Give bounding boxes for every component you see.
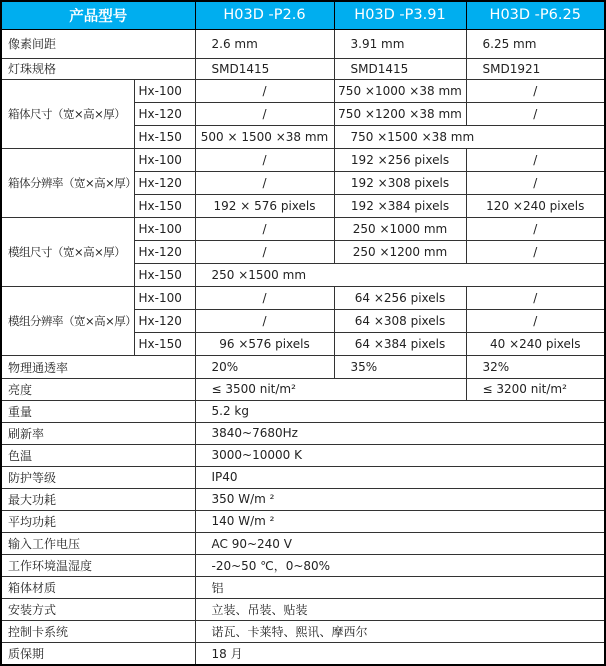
sub-row-label: Hx-120 <box>134 310 195 333</box>
spec-value: 96 ×576 pixels <box>195 333 334 356</box>
row-label-color-temperature: 色温 <box>1 444 195 466</box>
spec-value: / <box>466 102 605 125</box>
table-row: 灯珠规格 SMD1415 SMD1415 SMD1921 <box>1 58 605 79</box>
row-label-brightness: 亮度 <box>1 378 195 400</box>
spec-value: / <box>466 148 605 171</box>
spec-value: 192 × 576 pixels <box>195 195 334 218</box>
table-row: 输入工作电压 AC 90~240 V <box>1 532 605 554</box>
table-row: 箱体材质 铝 <box>1 577 605 599</box>
row-label-transparency: 物理通透率 <box>1 356 195 378</box>
spec-value: / <box>466 218 605 241</box>
spec-value: 750 ×1500 ×38 mm <box>334 125 605 148</box>
spec-value: 35% <box>334 356 466 378</box>
spec-value: 32% <box>466 356 605 378</box>
sub-row-label: Hx-100 <box>134 218 195 241</box>
spec-value: 立装、吊装、贴装 <box>195 599 605 621</box>
sub-row-label: Hx-100 <box>134 148 195 171</box>
row-label-operating-environment: 工作环境温湿度 <box>1 555 195 577</box>
row-label-cabinet-material: 箱体材质 <box>1 577 195 599</box>
sub-row-label: Hx-150 <box>134 125 195 148</box>
spec-value: SMD1415 <box>334 58 466 79</box>
table-row: 模组尺寸（宽×高×厚） Hx-100 / 250 ×1000 mm / <box>1 218 605 241</box>
table-row: 箱体尺寸（宽×高×厚） Hx-100 / 750 ×1000 ×38 mm / <box>1 79 605 102</box>
row-label-cabinet-size: 箱体尺寸（宽×高×厚） <box>1 79 134 148</box>
table-row: 亮度 ≤ 3500 nit/m² ≤ 3200 nit/m² <box>1 378 605 400</box>
spec-value: 3000~10000 K <box>195 444 605 466</box>
table-row: 控制卡系统 诺瓦、卡莱特、熙讯、摩西尔 <box>1 621 605 643</box>
spec-value: / <box>195 218 334 241</box>
row-label-input-voltage: 输入工作电压 <box>1 532 195 554</box>
spec-value: 5.2 kg <box>195 400 605 422</box>
row-label-warranty: 质保期 <box>1 643 195 665</box>
row-label-cabinet-resolution: 箱体分辨率（宽×高×厚） <box>1 148 134 217</box>
spec-value: 750 ×1200 ×38 mm <box>334 102 466 125</box>
spec-value: 6.25 mm <box>466 29 605 58</box>
spec-value: / <box>195 287 334 310</box>
spec-value: AC 90~240 V <box>195 532 605 554</box>
spec-value: / <box>195 310 334 333</box>
row-label-module-size: 模组尺寸（宽×高×厚） <box>1 218 134 287</box>
sub-row-label: Hx-120 <box>134 241 195 264</box>
spec-value: 350 W/m ² <box>195 488 605 510</box>
table-row: 最大功耗 350 W/m ² <box>1 488 605 510</box>
spec-value: 3.91 mm <box>334 29 466 58</box>
spec-value: 250 ×1200 mm <box>334 241 466 264</box>
spec-value: 20% <box>195 356 334 378</box>
sub-row-label: Hx-100 <box>134 287 195 310</box>
spec-value: SMD1415 <box>195 58 334 79</box>
row-label-installation-method: 安装方式 <box>1 599 195 621</box>
spec-value: 3840~7680Hz <box>195 422 605 444</box>
table-row: 模组分辨率（宽×高×厚） Hx-100 / 64 ×256 pixels / <box>1 287 605 310</box>
column-header-model-p3-91: H03D -P3.91 <box>334 1 466 29</box>
table-row: 工作环境温湿度 -20~50 ℃，0~80% <box>1 555 605 577</box>
sub-row-label: Hx-120 <box>134 171 195 194</box>
row-label-pixel-pitch: 像素间距 <box>1 29 195 58</box>
spec-value: 18 月 <box>195 643 605 665</box>
sub-row-label: Hx-150 <box>134 333 195 356</box>
table-row: 安装方式 立装、吊装、贴装 <box>1 599 605 621</box>
spec-value: 诺瓦、卡莱特、熙讯、摩西尔 <box>195 621 605 643</box>
sub-row-label: Hx-120 <box>134 102 195 125</box>
row-label-max-power: 最大功耗 <box>1 488 195 510</box>
spec-value: / <box>195 148 334 171</box>
table-row: 物理通透率 20% 35% 32% <box>1 356 605 378</box>
spec-value: ≤ 3500 nit/m² <box>195 378 466 400</box>
spec-value: / <box>195 102 334 125</box>
column-header-model-p6-25: H03D -P6.25 <box>466 1 605 29</box>
table-row: 重量 5.2 kg <box>1 400 605 422</box>
spec-value: 40 ×240 pixels <box>466 333 605 356</box>
spec-table: 产品型号 H03D -P2.6 H03D -P3.91 H03D -P6.25 … <box>0 0 606 666</box>
spec-value: 192 ×308 pixels <box>334 171 466 194</box>
row-label-refresh-rate: 刷新率 <box>1 422 195 444</box>
spec-value: 250 ×1000 mm <box>334 218 466 241</box>
sub-row-label: Hx-150 <box>134 195 195 218</box>
table-row: 色温 3000~10000 K <box>1 444 605 466</box>
spec-value: SMD1921 <box>466 58 605 79</box>
table-row: 箱体分辨率（宽×高×厚） Hx-100 / 192 ×256 pixels / <box>1 148 605 171</box>
spec-value: 140 W/m ² <box>195 510 605 532</box>
spec-value: / <box>195 241 334 264</box>
spec-value: 192 ×256 pixels <box>334 148 466 171</box>
spec-value: 750 ×1000 ×38 mm <box>334 79 466 102</box>
row-label-weight: 重量 <box>1 400 195 422</box>
spec-value: / <box>466 241 605 264</box>
spec-value: ≤ 3200 nit/m² <box>466 378 605 400</box>
spec-value: 2.6 mm <box>195 29 334 58</box>
row-label-led-spec: 灯珠规格 <box>1 58 195 79</box>
spec-value: IP40 <box>195 466 605 488</box>
sub-row-label: Hx-100 <box>134 79 195 102</box>
sub-row-label: Hx-150 <box>134 264 195 287</box>
header-product-model-label: 产品型号 <box>1 1 195 29</box>
spec-value: 64 ×256 pixels <box>334 287 466 310</box>
spec-value: / <box>466 79 605 102</box>
spec-value: 64 ×384 pixels <box>334 333 466 356</box>
row-label-module-resolution: 模组分辨率（宽×高×厚） <box>1 287 134 356</box>
table-row: 防护等级 IP40 <box>1 466 605 488</box>
spec-value: 120 ×240 pixels <box>466 195 605 218</box>
spec-value: 250 ×1500 mm <box>195 264 605 287</box>
spec-value: 64 ×308 pixels <box>334 310 466 333</box>
spec-value: 500 × 1500 ×38 mm <box>195 125 334 148</box>
spec-value: / <box>466 310 605 333</box>
table-row: 质保期 18 月 <box>1 643 605 665</box>
table-row: 平均功耗 140 W/m ² <box>1 510 605 532</box>
spec-value: 铝 <box>195 577 605 599</box>
spec-value: / <box>195 171 334 194</box>
column-header-model-p2-6: H03D -P2.6 <box>195 1 334 29</box>
table-row: 像素间距 2.6 mm 3.91 mm 6.25 mm <box>1 29 605 58</box>
spec-value: / <box>195 79 334 102</box>
spec-value: 192 ×384 pixels <box>334 195 466 218</box>
row-label-ip-rating: 防护等级 <box>1 466 195 488</box>
spec-sheet: 产品型号 H03D -P2.6 H03D -P3.91 H03D -P6.25 … <box>0 0 606 666</box>
spec-value: / <box>466 171 605 194</box>
row-label-avg-power: 平均功耗 <box>1 510 195 532</box>
header-row: 产品型号 H03D -P2.6 H03D -P3.91 H03D -P6.25 <box>1 1 605 29</box>
table-row: 刷新率 3840~7680Hz <box>1 422 605 444</box>
row-label-control-system: 控制卡系统 <box>1 621 195 643</box>
spec-value: -20~50 ℃，0~80% <box>195 555 605 577</box>
spec-value: / <box>466 287 605 310</box>
